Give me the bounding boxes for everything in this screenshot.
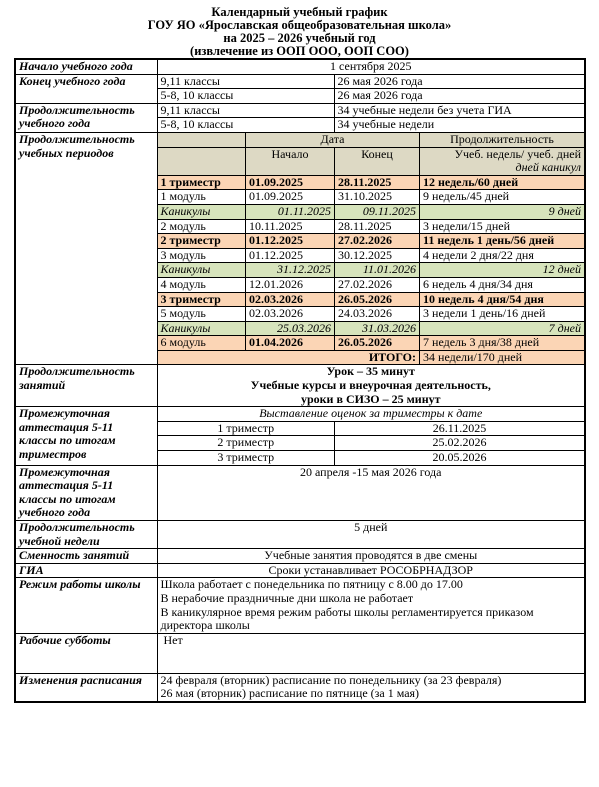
row-week: Продолжительность учебной недели 5 дней	[15, 521, 585, 549]
period-name: 5 модуль	[158, 307, 246, 322]
period-end: 27.02.2026	[335, 277, 420, 292]
value-interim-year: 20 апреля -15 мая 2026 года	[157, 465, 585, 520]
label-interim-trimesters: Промежуточная аттестация 5-11 классы по …	[15, 407, 157, 465]
period-duration: 9 дней	[420, 204, 584, 219]
period-row-module: 3 модуль01.12.202530.12.20254 недели 2 д…	[158, 248, 585, 263]
interim-row: 2 триместр25.02.2026	[158, 436, 585, 451]
period-name: 3 модуль	[158, 248, 246, 263]
value-week: 5 дней	[157, 521, 585, 549]
period-duration: 10 недель 4 дня/54 дня	[420, 292, 584, 307]
value-shifts: Учебные занятия проводятся в две смены	[157, 549, 585, 564]
period-start: 01.12.2025	[246, 248, 335, 263]
label-lessons: Продолжительность занятий	[15, 365, 157, 407]
label-start: Начало учебного года	[15, 59, 157, 74]
label-changes: Изменения расписания	[15, 673, 157, 702]
period-start: 02.03.2026	[246, 307, 335, 322]
period-name: 1 модуль	[158, 190, 246, 205]
period-row-module6: 6 модуль01.04.202626.05.20267 недель 3 д…	[158, 336, 585, 351]
period-end: 30.12.2025	[335, 248, 420, 263]
row-saturdays: Рабочие субботы Нет	[15, 633, 585, 673]
title-line-4: (извлечение из ООП ООО, ООП СОО)	[0, 45, 599, 58]
period-row-holiday: Каникулы01.11.202509.11.20259 дней	[158, 204, 585, 219]
end-value: 26 мая 2026 года	[334, 74, 585, 89]
duration-value: 34 учебные недели	[334, 118, 585, 133]
period-end: 11.01.2026	[335, 263, 420, 278]
period-end: 09.11.2025	[335, 204, 420, 219]
lessons-line-1: Урок – 35 минут	[161, 365, 582, 379]
period-end: 31.03.2026	[335, 321, 420, 336]
value-lessons: Урок – 35 минут Учебные курсы и внеурочн…	[157, 365, 585, 407]
duration-value: 34 учебные недели без учета ГИА	[334, 103, 585, 118]
header-holiday-days: дней каникул	[423, 161, 581, 175]
duration-classes: 9,11 классы	[157, 103, 334, 118]
period-start: 01.04.2026	[246, 336, 335, 351]
period-row-module: 4 модуль12.01.202627.02.20266 недель 4 д…	[158, 277, 585, 292]
period-total-row: ИТОГО:34 недели/170 дней	[158, 350, 585, 364]
row-end-1: Конец учебного года 9,11 классы 26 мая 2…	[15, 74, 585, 89]
periods-table: Дата Продолжительность Начало Конец Учеб…	[158, 133, 585, 365]
value-saturdays: Нет	[157, 633, 585, 673]
document-title: Календарный учебный график ГОУ ЯО «Яросл…	[0, 0, 599, 58]
periods-header-row-2: Начало Конец Учеб. недель/ учеб. дней дн…	[158, 147, 585, 175]
header-duration: Продолжительность	[420, 133, 584, 147]
changes-line: 26 мая (вторник) расписание по пятнице (…	[161, 687, 582, 701]
label-shifts: Сменность занятий	[15, 549, 157, 564]
label-saturdays: Рабочие субботы	[15, 633, 157, 673]
period-start: 12.01.2026	[246, 277, 335, 292]
period-duration: 11 недель 1 день/56 дней	[420, 234, 584, 249]
period-duration: 12 недель/60 дней	[420, 175, 584, 190]
period-end: 31.10.2025	[335, 190, 420, 205]
period-end: 28.11.2025	[335, 175, 420, 190]
mode-line: Школа работает с понедельника по пятницу…	[161, 578, 582, 592]
row-mode: Режим работы школы Школа работает с поне…	[15, 578, 585, 633]
label-interim-year: Промежуточная аттестация 5-11 классы по …	[15, 465, 157, 520]
mode-line: В каникулярное время режим работы школы …	[161, 606, 582, 633]
period-duration: 3 недели 1 день/16 дней	[420, 307, 584, 322]
period-name: Каникулы	[158, 321, 246, 336]
row-periods: Продолжительность учебных периодов Дата …	[15, 132, 585, 365]
lessons-line-3: уроки в СИЗО – 25 минут	[161, 393, 582, 407]
period-duration: 3 недели/15 дней	[420, 219, 584, 234]
total-label: ИТОГО:	[158, 350, 420, 364]
period-duration: 6 недель 4 дня/34 дня	[420, 277, 584, 292]
total-value: 34 недели/170 дней	[420, 350, 584, 364]
period-duration: 9 недель/45 дней	[420, 190, 584, 205]
row-lessons: Продолжительность занятий Урок – 35 мину…	[15, 365, 585, 407]
period-start: 01.12.2025	[246, 234, 335, 249]
row-interim-trimesters: Промежуточная аттестация 5-11 классы по …	[15, 407, 585, 465]
mode-line: В нерабочие праздничные дни школа не раб…	[161, 592, 582, 606]
period-row-holiday: Каникулы31.12.202511.01.202612 дней	[158, 263, 585, 278]
row-start: Начало учебного года 1 сентября 2025	[15, 59, 585, 74]
period-duration: 7 дней	[420, 321, 584, 336]
header-start: Начало	[246, 147, 335, 175]
period-row-module: 2 модуль10.11.202528.11.20253 недели/15 …	[158, 219, 585, 234]
value-gia: Сроки устанавливает РОСОБРНАДЗОР	[157, 563, 585, 578]
period-name: 2 модуль	[158, 219, 246, 234]
period-row-module: 1 модуль01.09.202531.10.20259 недель/45 …	[158, 190, 585, 205]
row-gia: ГИА Сроки устанавливает РОСОБРНАДЗОР	[15, 563, 585, 578]
period-end: 24.03.2026	[335, 307, 420, 322]
label-mode: Режим работы школы	[15, 578, 157, 633]
label-duration-year: Продолжительность учебного года	[15, 103, 157, 132]
value-changes: 24 февраля (вторник) расписание по понед…	[157, 673, 585, 702]
end-value: 26 мая 2026 года	[334, 89, 585, 104]
period-row-holiday: Каникулы25.03.202631.03.20267 дней	[158, 321, 585, 336]
period-start: 25.03.2026	[246, 321, 335, 336]
interim-trimesters-cell: Выставление оценок за триместры к дате 1…	[157, 407, 585, 465]
period-end: 26.05.2026	[335, 336, 420, 351]
label-end: Конец учебного года	[15, 74, 157, 103]
period-start: 02.03.2026	[246, 292, 335, 307]
period-name: Каникулы	[158, 263, 246, 278]
period-start: 10.11.2025	[246, 219, 335, 234]
interim-row: 3 триместр20.05.2026	[158, 451, 585, 465]
period-end: 26.05.2026	[335, 292, 420, 307]
period-start: 01.11.2025	[246, 204, 335, 219]
value-mode: Школа работает с понедельника по пятницу…	[157, 578, 585, 633]
periods-cell: Дата Продолжительность Начало Конец Учеб…	[157, 132, 585, 365]
label-gia: ГИА	[15, 563, 157, 578]
period-start: 01.09.2025	[246, 175, 335, 190]
header-date: Дата	[246, 133, 420, 147]
periods-header-row-1: Дата Продолжительность	[158, 133, 585, 147]
interim-caption: Выставление оценок за триместры к дате	[158, 407, 585, 421]
period-end: 27.02.2026	[335, 234, 420, 249]
end-classes: 5-8, 10 классы	[157, 89, 334, 104]
changes-line: 24 февраля (вторник) расписание по понед…	[161, 674, 582, 688]
period-start: 31.12.2025	[246, 263, 335, 278]
period-row-module: 5 модуль02.03.202624.03.20263 недели 1 д…	[158, 307, 585, 322]
period-duration: 12 дней	[420, 263, 584, 278]
period-name: 3 триместр	[158, 292, 246, 307]
period-duration: 7 недель 3 дня/38 дней	[420, 336, 584, 351]
row-shifts: Сменность занятий Учебные занятия провод…	[15, 549, 585, 564]
header-end: Конец	[335, 147, 420, 175]
interim-table: Выставление оценок за триместры к дате 1…	[158, 407, 585, 464]
period-name: Каникулы	[158, 204, 246, 219]
period-name: 2 триместр	[158, 234, 246, 249]
schedule-table: Начало учебного года 1 сентября 2025 Кон…	[14, 58, 586, 703]
row-changes: Изменения расписания 24 февраля (вторник…	[15, 673, 585, 702]
row-duration-year-1: Продолжительность учебного года 9,11 кла…	[15, 103, 585, 118]
period-name: 6 модуль	[158, 336, 246, 351]
period-end: 28.11.2025	[335, 219, 420, 234]
period-name: 1 триместр	[158, 175, 246, 190]
end-classes: 9,11 классы	[157, 74, 334, 89]
period-duration: 4 недели 2 дня/22 дня	[420, 248, 584, 263]
label-periods: Продолжительность учебных периодов	[15, 132, 157, 365]
period-row-trimester: 1 триместр01.09.202528.11.202512 недель/…	[158, 175, 585, 190]
duration-classes: 5-8, 10 классы	[157, 118, 334, 133]
row-interim-year: Промежуточная аттестация 5-11 классы по …	[15, 465, 585, 520]
lessons-line-2: Учебные курсы и внеурочная деятельность,	[161, 379, 582, 393]
header-weeks: Учеб. недель/ учеб. дней дней каникул	[420, 147, 584, 175]
period-name: 4 модуль	[158, 277, 246, 292]
period-row-trimester: 2 триместр01.12.202527.02.202611 недель …	[158, 234, 585, 249]
value-start: 1 сентября 2025	[157, 59, 585, 74]
period-row-trimester: 3 триместр02.03.202626.05.202610 недель …	[158, 292, 585, 307]
label-week: Продолжительность учебной недели	[15, 521, 157, 549]
interim-row: 1 триместр26.11.2025	[158, 421, 585, 436]
period-start: 01.09.2025	[246, 190, 335, 205]
header-weeks-days: Учеб. недель/ учеб. дней	[423, 148, 581, 162]
